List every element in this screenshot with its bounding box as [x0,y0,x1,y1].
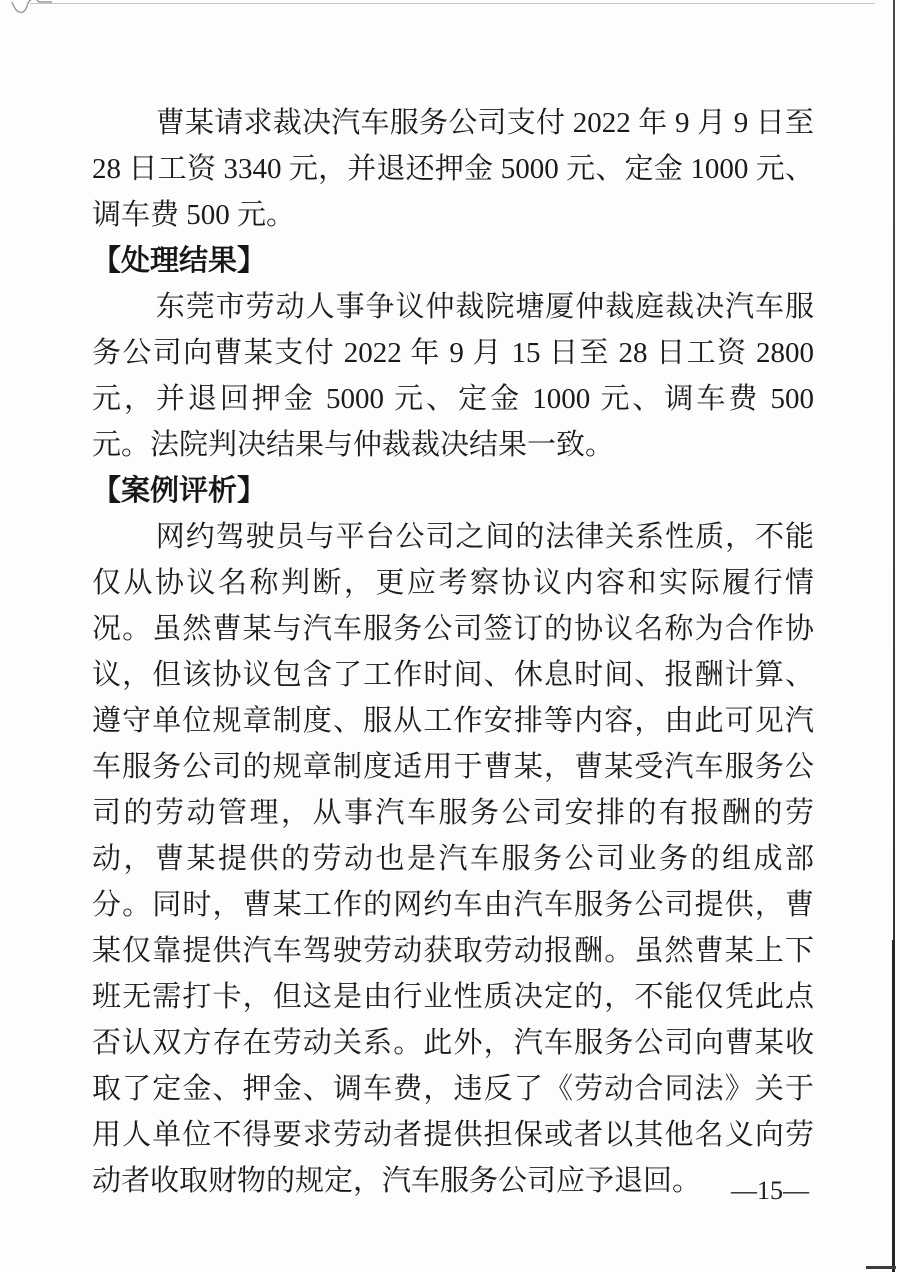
scan-artifact-top-line [30,3,875,4]
section-heading-processing-result: 【处理结果】 [92,238,814,284]
case-analysis-paragraph: 网约驾驶员与平台公司之间的法律关系性质，不能仅从协议名称判断，更应考察协议内容和… [92,514,814,1204]
intro-paragraph: 曹某请求裁决汽车服务公司支付 2022 年 9 月 9 日至 28 日工资 33… [92,100,814,238]
scanned-document-page: 曹某请求裁决汽车服务公司支付 2022 年 9 月 9 日至 28 日工资 33… [0,0,900,1272]
scan-artifact-page-edge-line-lower [892,940,895,1272]
processing-result-paragraph: 东莞市劳动人事争议仲裁院塘厦仲裁庭裁决汽车服务公司向曹某支付 2022 年 9 … [92,284,814,468]
section-heading-case-analysis: 【案例评析】 [92,468,814,514]
page-number: —15— [720,1176,820,1206]
document-body: 曹某请求裁决汽车服务公司支付 2022 年 9 月 9 日至 28 日工资 33… [92,100,814,1204]
scan-artifact-bottom-edge-mark [866,1266,896,1269]
